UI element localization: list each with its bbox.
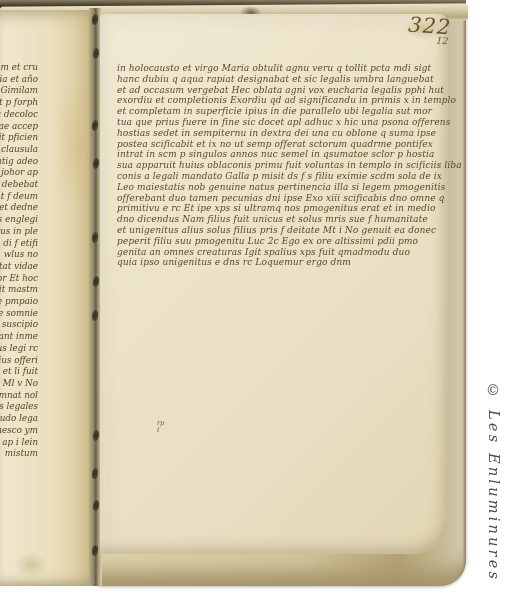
manuscript-text-line: Leo maiestatis nob genuine natus pertine…: [117, 183, 447, 194]
manuscript-text-line: peperit filiu suu pmogenitu Luc 2c Ego e…: [117, 237, 447, 248]
left-page-text-fragment: Ml v No: [0, 379, 38, 391]
left-page-text-fragment: ap i lein: [0, 438, 38, 450]
manuscript-text-line: et completam in superficie ipius in die …: [117, 107, 447, 118]
left-page-text-fragment: wlus no: [0, 250, 38, 262]
left-page-text-fragment: met dedne: [0, 203, 38, 215]
manuscript-text-line: conis a legali mandato Galla p misit ds …: [117, 172, 447, 183]
left-page-text-fragment: lius legi rc: [0, 344, 38, 356]
left-page-text-fragment: e somnie: [0, 309, 38, 321]
ink-mark: rp t: [157, 420, 164, 433]
left-page-text-fragment: maria et año: [0, 75, 38, 87]
left-page-text-fragment: ius englegi: [0, 215, 38, 227]
left-page-text-fragment: it mastm: [0, 285, 38, 297]
left-page-text-fragment: a suscipio: [0, 320, 38, 332]
manuscript-text-block: in holocausto et virgo Maria obtulit agn…: [117, 64, 447, 269]
left-page-text-fragment: utig adeo: [0, 157, 38, 169]
left-page-text-fragment: mnat nol: [0, 391, 38, 403]
manuscript-text-line: offerebant duo tamen pecunias dni ipse E…: [117, 194, 447, 205]
left-page-text-fragment: tus in ple: [0, 227, 38, 239]
manuscript-text-line: postea scificabit et ix no ut semp offer…: [117, 140, 447, 151]
manuscript-text-line: primitivu e rc Et ipe xps si ultramq nos…: [117, 204, 447, 215]
left-page-text-fragment: nesco ym: [0, 426, 38, 438]
manuscript-text-line: sua apparuit huius oblaconis primu fuit …: [117, 161, 447, 172]
left-page-text-fragment: blatae accep: [0, 122, 38, 134]
folio-number-main: 322: [408, 15, 452, 39]
manuscript-text-line: tua que prius fuere in fine sic docet ap…: [117, 118, 447, 129]
manuscript-text-line: hostias sedet in sempiternu in dextra de…: [117, 129, 447, 140]
manuscript-photo: 322 12 in holocausto et virgo Maria obtu…: [0, 0, 526, 600]
left-page-text-fragment: cant inme: [0, 332, 38, 344]
left-page-text-fragment: tum et cru: [0, 63, 38, 75]
left-page-text-fragment: filius offeri: [0, 356, 38, 368]
left-page-text-fragment: t f deum: [0, 192, 38, 204]
left-page-text-fragment: ius legales: [0, 402, 38, 414]
left-page-text-fragment: cepit pficien: [0, 133, 38, 145]
left-page-text-fragment: et p forph: [0, 98, 38, 110]
left-page-text-fragment: Gimilam: [0, 86, 38, 98]
left-page-text-column: tum et crumaria et añoGimilamet p forpha…: [0, 63, 38, 461]
ink-mark-line: t: [157, 427, 164, 434]
left-page-text-fragment: a decoloc: [0, 110, 38, 122]
manuscript-text-line: hanc dubiu q aqua rapiat designabat et s…: [117, 75, 447, 86]
left-page-text-fragment: bitat vidae: [0, 262, 38, 274]
left-page-text-fragment: titudo lega: [0, 414, 38, 426]
left-page-text-fragment: di f etifi: [0, 239, 38, 251]
left-page-text-fragment: johor ap: [0, 168, 38, 180]
photo-credit: © Les Enluminures: [485, 383, 501, 597]
manuscript-text-line: quia ipso unigenitus e dns rc Loquemur e…: [117, 258, 447, 269]
left-page-text-fragment: to debebat: [0, 180, 38, 192]
left-page-text-fragment: mistum: [0, 449, 38, 461]
manuscript-text-line: intrat in scm p singulos annos nuc semel…: [117, 150, 447, 161]
manuscript-text-line: dno dicendus Nam filius fuit unicus et s…: [117, 215, 447, 226]
manuscript-text-line: genita an omnes creaturas Igit spalius x…: [117, 248, 447, 259]
left-page-text-fragment: e pmpaio: [0, 297, 38, 309]
manuscript-text-line: et ad occasum vergebat Hec oblata agni v…: [117, 86, 447, 97]
manuscript-text-line: in holocausto et virgo Maria obtulit agn…: [117, 64, 447, 75]
manuscript-text-line: exordiu et completionis Exordiu qd ad si…: [117, 96, 447, 107]
folio-number: 322 12: [407, 15, 452, 47]
left-page-text-fragment: br Et hoc: [0, 274, 38, 286]
left-page-text-fragment: clausula: [0, 145, 38, 157]
manuscript-text-line: et unigenitus alius solus filius pris f …: [117, 226, 447, 237]
left-page-text-fragment: et li fuit: [0, 367, 38, 379]
